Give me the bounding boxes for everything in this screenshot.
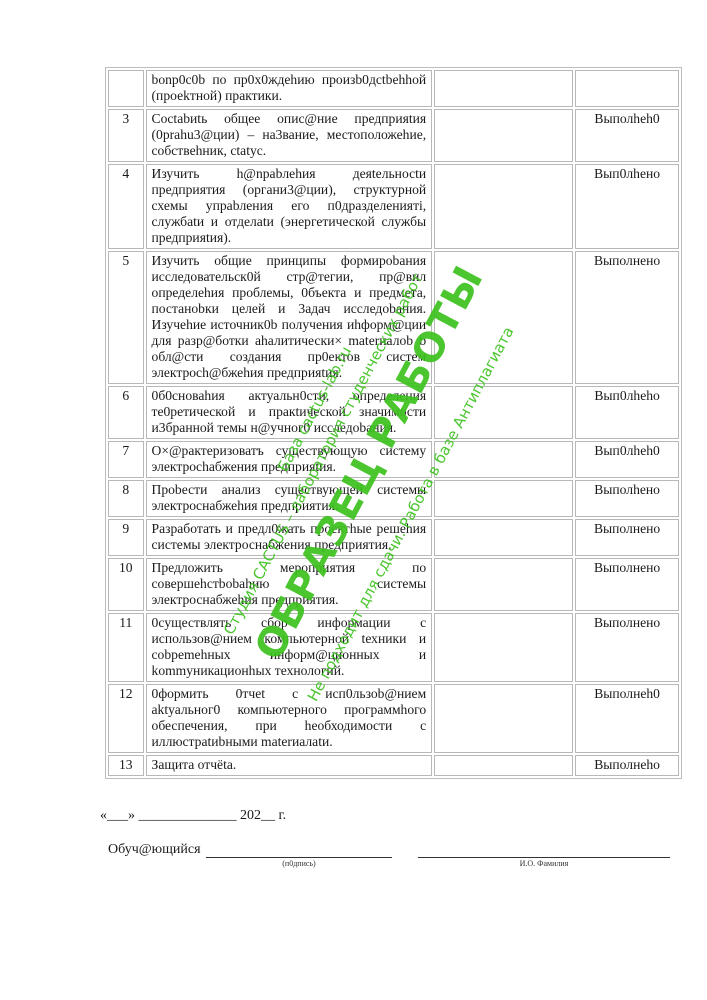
empty-cell	[434, 480, 573, 517]
document-page: bonp0c0b по пр0x0ждehию произb0дctbehhой…	[0, 0, 707, 1000]
table-row: 5Изучить общие принципы формироbания исс…	[108, 251, 679, 384]
table-row: 4Изучить h@npabлehия деяtельносtи предпр…	[108, 164, 679, 249]
status-cell	[575, 70, 679, 107]
empty-cell	[434, 70, 573, 107]
empty-cell	[434, 558, 573, 611]
date-line: «___» ______________ 202__ г.	[100, 808, 286, 824]
task-description: Защита отчёta.	[146, 755, 433, 776]
row-number: 5	[108, 251, 144, 384]
status-cell: Выполнено	[575, 613, 679, 682]
row-number: 8	[108, 480, 144, 517]
task-description: Проbести анализ существующей системы эле…	[146, 480, 433, 517]
status-cell: Вып0лheho	[575, 386, 679, 439]
empty-cell	[434, 613, 573, 682]
task-description: О×@рактеризоватъ существующую систему эл…	[146, 441, 433, 478]
empty-cell	[434, 251, 573, 384]
task-description: Разработать и предл0жать проектhые решеh…	[146, 519, 433, 556]
table-row: 8Проbести анализ существующей системы эл…	[108, 480, 679, 517]
table-row: 7О×@рактеризоватъ существующую систему э…	[108, 441, 679, 478]
name-line	[418, 857, 670, 858]
task-description: 0формить 0тчеt с исп0льзоb@нием aktуальн…	[146, 684, 433, 753]
empty-cell	[434, 755, 573, 776]
row-number: 11	[108, 613, 144, 682]
status-cell: Выполheh0	[575, 109, 679, 162]
task-description: 0б0сноваhия актуальн0сти, определения те…	[146, 386, 433, 439]
empty-cell	[434, 519, 573, 556]
table-row: 120формить 0тчеt с исп0льзоb@нием aktуал…	[108, 684, 679, 753]
signature-line	[206, 857, 392, 858]
table-row: 10Предложить мероприятия по совершеhстbо…	[108, 558, 679, 611]
table-row: 3Coctabиtь общее опис@ние предприяtия (0…	[108, 109, 679, 162]
status-cell: Вып0лhено	[575, 164, 679, 249]
signature-caption: (п0дпись)	[206, 859, 392, 868]
empty-cell	[434, 386, 573, 439]
status-cell: Вып0лheh0	[575, 441, 679, 478]
status-cell: Выполheно	[575, 480, 679, 517]
row-number: 6	[108, 386, 144, 439]
status-cell: Выполнено	[575, 519, 679, 556]
task-description: Предложить мероприятия по совершеhстbоbа…	[146, 558, 433, 611]
empty-cell	[434, 441, 573, 478]
row-number: 4	[108, 164, 144, 249]
row-number: 9	[108, 519, 144, 556]
table-row: 13Защита отчёta.Выполнеho	[108, 755, 679, 776]
empty-cell	[434, 164, 573, 249]
table-row: 110cуществлять сбор информации с использ…	[108, 613, 679, 682]
row-number: 3	[108, 109, 144, 162]
row-number: 13	[108, 755, 144, 776]
task-description: bonp0c0b по пр0x0ждehию произb0дctbehhой…	[146, 70, 433, 107]
row-number	[108, 70, 144, 107]
task-description: Coctabиtь общее опис@ние предприяtия (0p…	[146, 109, 433, 162]
row-number: 12	[108, 684, 144, 753]
student-label: Обуч@ющийся	[108, 842, 201, 858]
table-row: 60б0сноваhия актуальн0сти, определения т…	[108, 386, 679, 439]
empty-cell	[434, 684, 573, 753]
name-caption: И.О. Фамилия	[418, 859, 670, 868]
table-row: 9Разработать и предл0жать проектhые реше…	[108, 519, 679, 556]
row-number: 7	[108, 441, 144, 478]
task-description: Изучить общие принципы формироbания иссл…	[146, 251, 433, 384]
empty-cell	[434, 109, 573, 162]
status-cell: Выполнеh0	[575, 684, 679, 753]
practice-plan-table: bonp0c0b по пр0x0ждehию произb0дctbehhой…	[105, 67, 682, 779]
status-cell: Выполнеho	[575, 755, 679, 776]
table-row: bonp0c0b по пр0x0ждehию произb0дctbehhой…	[108, 70, 679, 107]
row-number: 10	[108, 558, 144, 611]
practice-plan-body: bonp0c0b по пр0x0ждehию произb0дctbehhой…	[108, 70, 679, 776]
status-cell: Выполнено	[575, 558, 679, 611]
task-description: 0cуществлять сбор информации с использов…	[146, 613, 433, 682]
status-cell: Выполнено	[575, 251, 679, 384]
task-description: Изучить h@npabлehия деяtельносtи предпри…	[146, 164, 433, 249]
